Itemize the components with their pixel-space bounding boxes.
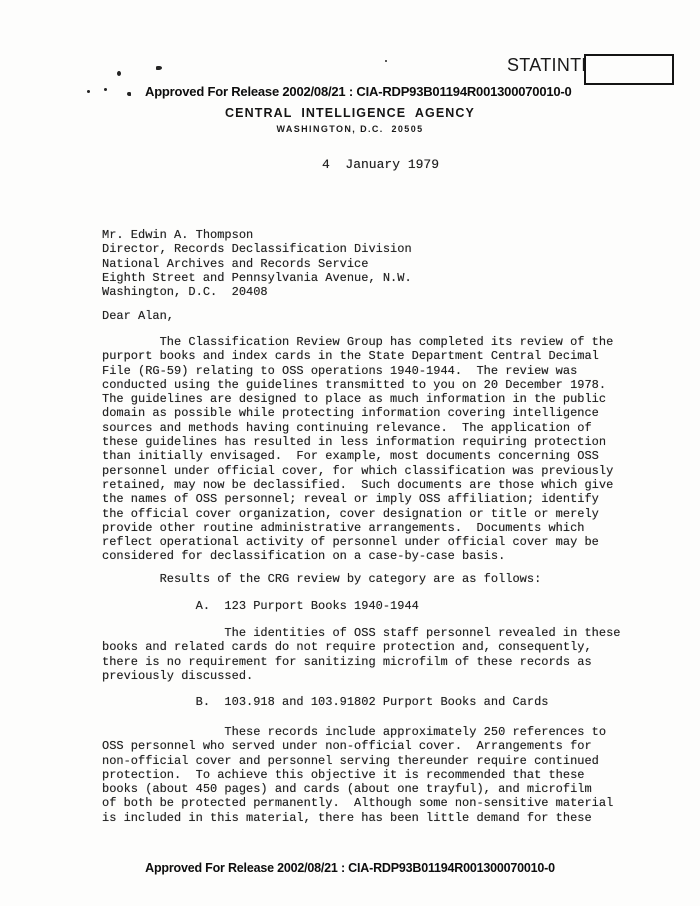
section-a-body: The identities of OSS staff personnel re… xyxy=(102,626,620,683)
ink-speck xyxy=(104,88,107,91)
ink-speck xyxy=(127,92,131,96)
ink-speck xyxy=(385,60,387,62)
header-approval-line: Approved For Release 2002/08/21 : CIA-RD… xyxy=(145,84,572,99)
ink-speck xyxy=(117,71,121,76)
letter-paragraph-1: The Classification Review Group has comp… xyxy=(102,335,613,564)
scanned-letter-page: STATINTL Approved For Release 2002/08/21… xyxy=(0,0,700,906)
section-b-body: These records include approximately 250 … xyxy=(102,725,613,825)
footer-approval-line: Approved For Release 2002/08/21 : CIA-RD… xyxy=(0,861,700,875)
ink-speck xyxy=(156,66,162,70)
redaction-box xyxy=(584,54,674,85)
results-intro-line: Results of the CRG review by category ar… xyxy=(102,572,541,586)
statintl-stamp-label: STATINTL xyxy=(507,55,592,76)
letter-date: 4 January 1979 xyxy=(322,157,439,172)
ink-speck xyxy=(87,90,90,93)
section-a-heading: A. 123 Purport Books 1940-1944 xyxy=(102,599,419,613)
salutation: Dear Alan, xyxy=(102,309,174,323)
recipient-address-block: Mr. Edwin A. Thompson Director, Records … xyxy=(102,228,412,299)
letterhead-agency-name: CENTRAL INTELLIGENCE AGENCY xyxy=(0,106,700,120)
section-b-heading: B. 103.918 and 103.91802 Purport Books a… xyxy=(102,695,548,709)
letterhead-agency-address: WASHINGTON, D.C. 20505 xyxy=(0,124,700,134)
